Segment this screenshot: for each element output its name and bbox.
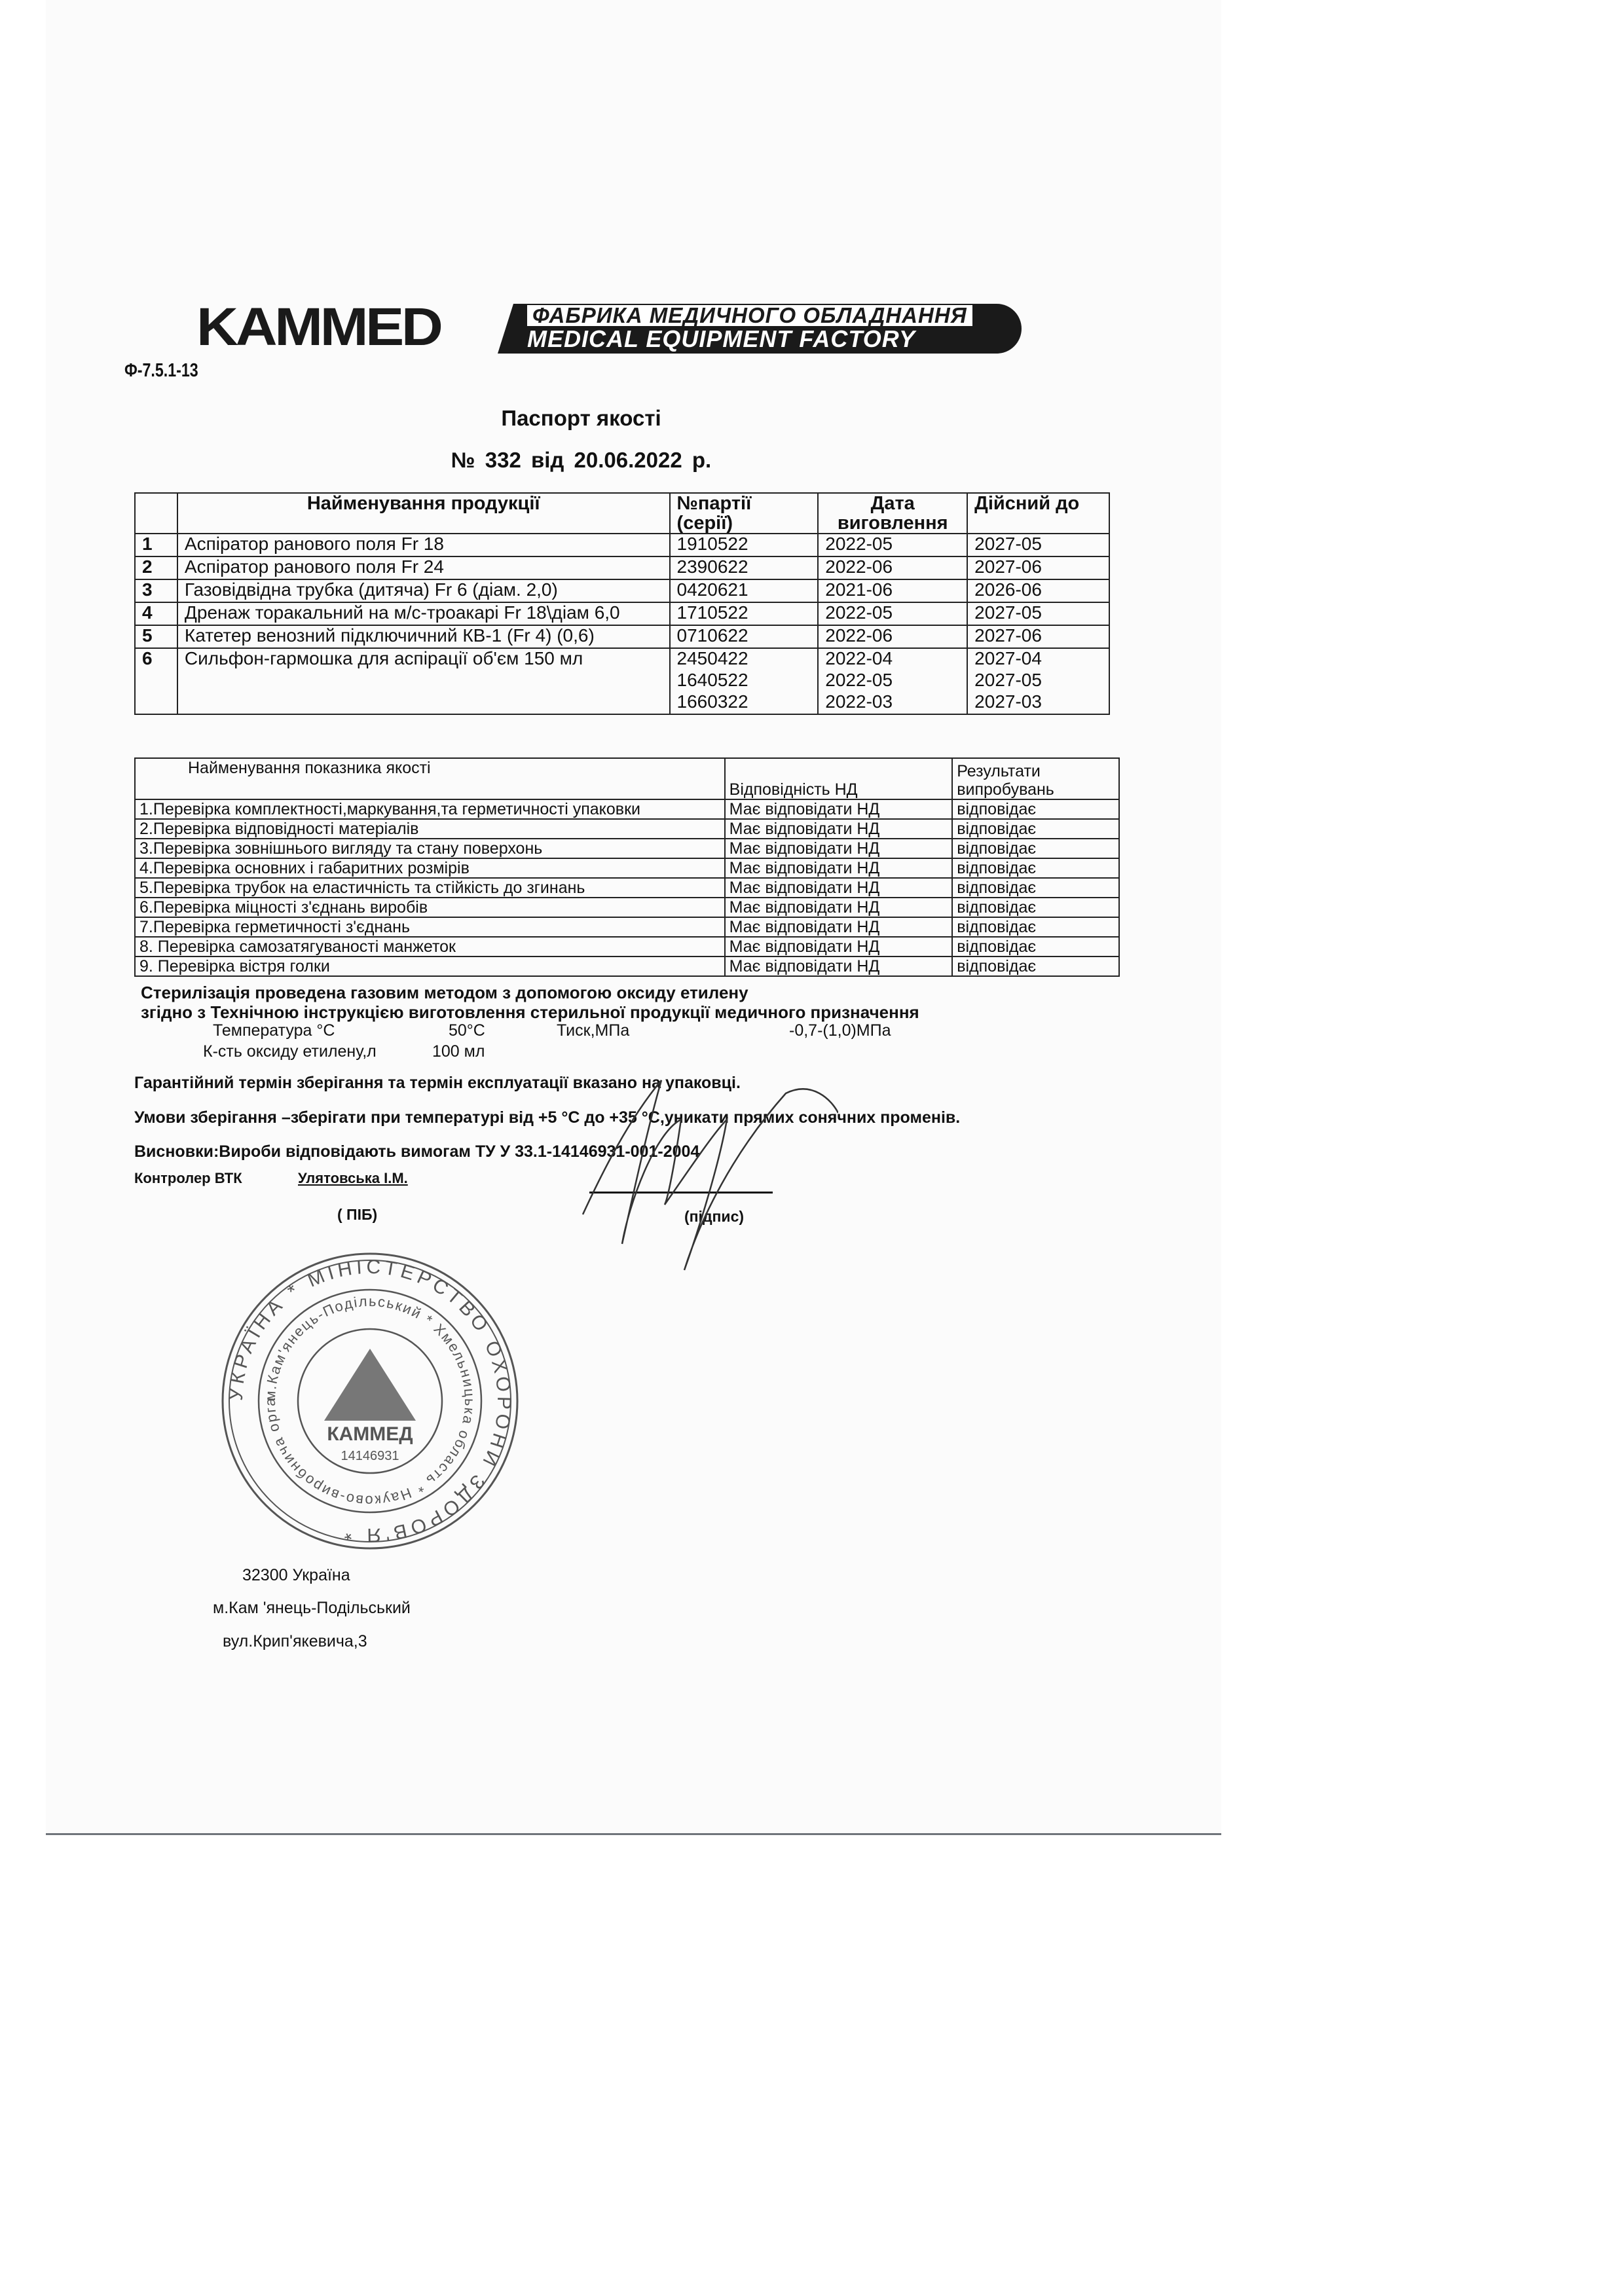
product-name: Сильфон-гармошка для аспірації об'єм 150… [177, 648, 670, 714]
product-row: 4Дренаж торакальний на м/с-троакарі Fr 1… [135, 602, 1109, 625]
indicator-name: 9. Перевірка вістря голки [135, 957, 725, 976]
valid-until: 2027-05 [967, 602, 1109, 625]
logo-wordmark: KAMMED [196, 302, 441, 352]
company-stamp: УКРАЇНА * МІНІСТЕРСТВО ОХОРОНИ ЗДОРОВ'Я … [219, 1250, 521, 1552]
indicator-name: 3.Перевірка зовнішнього вигляду та стану… [135, 839, 725, 858]
form-code: Ф-7.5.1-13 [124, 360, 198, 382]
indicator-name: 5.Перевірка трубок на еластичність та ст… [135, 878, 725, 898]
test-result: відповідає [952, 937, 1119, 957]
product-row: 3Газовідвідна трубка (дитяча) Fr 6 (діам… [135, 579, 1109, 602]
col-header-results: Результати випробувань [952, 758, 1119, 799]
batch-number-value: 1640522 [677, 670, 811, 692]
valid-until-value: 2027-05 [974, 603, 1102, 625]
manufacture-date-value: 2022-03 [825, 692, 960, 714]
ethylene-oxide-label: К-сть оксиду етилену,л [203, 1042, 377, 1061]
test-result: відповідає [952, 898, 1119, 917]
svg-text:14146931: 14146931 [341, 1449, 399, 1463]
manufacture-date: 2022-05 [818, 602, 967, 625]
valid-until-value: 2027-06 [974, 626, 1102, 647]
manufacture-date-value: 2022-06 [825, 626, 960, 647]
valid-until-value: 2027-05 [974, 670, 1102, 692]
nd-requirement: Має відповідати НД [725, 898, 953, 917]
batch-number-value: 1910522 [677, 534, 811, 556]
manufacture-date: 2022-06 [818, 625, 967, 648]
manufacture-date-value: 2021-06 [825, 580, 960, 602]
batch-number-value: 2390622 [677, 557, 811, 579]
batch-number-value: 1660322 [677, 692, 811, 714]
sterilization-line-2: згідно з Технічною інструкцією виготовле… [141, 1002, 919, 1023]
quality-row: 3.Перевірка зовнішнього вигляду та стану… [135, 839, 1119, 858]
name-caption: ( ПІБ) [337, 1206, 377, 1224]
temperature-label: Температура °С [213, 1021, 335, 1040]
manufacture-date: 2021-06 [818, 579, 967, 602]
manufacture-date: 2022-042022-052022-03 [818, 648, 967, 714]
manufacture-date: 2022-05 [818, 534, 967, 556]
row-number: 5 [135, 625, 177, 648]
valid-until-value: 2027-04 [974, 649, 1102, 670]
pressure-value: -0,7-(1,0)МПа [789, 1021, 891, 1040]
address-line-2: м.Кам 'янець-Подільський [213, 1599, 411, 1618]
product-name: Катетер венозний підключичний КВ-1 (Fr 4… [177, 625, 670, 648]
product-row: 1Аспіратор ранового поля Fr 181910522202… [135, 534, 1109, 556]
quality-row: 6.Перевірка міцності з'єднань виробівМає… [135, 898, 1119, 917]
handwritten-signature [563, 1074, 838, 1283]
manufacture-date-value: 2022-05 [825, 603, 960, 625]
valid-until: 2027-06 [967, 625, 1109, 648]
document-title: Паспорт якості [0, 406, 1162, 431]
product-name: Газовідвідна трубка (дитяча) Fr 6 (діам.… [177, 579, 670, 602]
product-name: Дренаж торакальний на м/с-троакарі Fr 18… [177, 602, 670, 625]
nd-requirement: Має відповідати НД [725, 937, 953, 957]
nd-requirement: Має відповідати НД [725, 917, 953, 937]
nd-requirement: Має відповідати НД [725, 878, 953, 898]
row-number: 2 [135, 556, 177, 579]
manufacture-date-value: 2022-05 [825, 534, 960, 556]
indicator-name: 2.Перевірка відповідності матеріалів [135, 819, 725, 839]
nd-requirement: Має відповідати НД [725, 799, 953, 819]
logo-tagline-en: MEDICAL EQUIPMENT FACTORY [527, 327, 915, 351]
test-result: відповідає [952, 819, 1119, 839]
row-number: 6 [135, 648, 177, 714]
nd-requirement: Має відповідати НД [725, 839, 953, 858]
batch-number-value: 0420621 [677, 580, 811, 602]
test-result: відповідає [952, 858, 1119, 878]
indicator-name: 4.Перевірка основних і габаритних розмір… [135, 858, 725, 878]
ethylene-oxide-value: 100 мл [432, 1042, 485, 1061]
sterilization-line-1: Стерилізація проведена газовим методом з… [141, 982, 748, 1003]
nd-requirement: Має відповідати НД [725, 858, 953, 878]
batch-number: 2390622 [670, 556, 819, 579]
manufacture-date-value: 2022-05 [825, 670, 960, 692]
quality-row: 4.Перевірка основних і габаритних розмір… [135, 858, 1119, 878]
test-result: відповідає [952, 839, 1119, 858]
batch-number: 245042216405221660322 [670, 648, 819, 714]
temperature-value: 50°С [449, 1021, 485, 1040]
product-name: Аспіратор ранового поля Fr 24 [177, 556, 670, 579]
logo-tagline-ua: ФАБРИКА МЕДИЧНОГО ОБЛАДНАННЯ [527, 305, 972, 326]
indicator-name: 6.Перевірка міцності з'єднань виробів [135, 898, 725, 917]
manufacture-date-value: 2022-04 [825, 649, 960, 670]
col-header-product-name: Найменування продукції [177, 493, 670, 534]
valid-until-value: 2026-06 [974, 580, 1102, 602]
col-header-batch: №партії (серії) [670, 493, 819, 534]
batch-number: 0710622 [670, 625, 819, 648]
row-number: 1 [135, 534, 177, 556]
col-header-manufacture-date: Дата виговлення [818, 493, 967, 534]
test-result: відповідає [952, 799, 1119, 819]
quality-row: 1.Перевірка комплектності,маркування,та … [135, 799, 1119, 819]
product-name: Аспіратор ранового поля Fr 18 [177, 534, 670, 556]
product-row: 5Катетер венозний підключичний КВ-1 (Fr … [135, 625, 1109, 648]
row-number: 4 [135, 602, 177, 625]
batch-number-value: 0710622 [677, 626, 811, 647]
product-row: 6Сильфон-гармошка для аспірації об'єм 15… [135, 648, 1109, 714]
nd-requirement: Має відповідати НД [725, 819, 953, 839]
row-number: 3 [135, 579, 177, 602]
manufacture-date: 2022-06 [818, 556, 967, 579]
valid-until-value: 2027-03 [974, 692, 1102, 714]
valid-until: 2027-05 [967, 534, 1109, 556]
address-line-1: 32300 Україна [242, 1566, 350, 1585]
quality-row: 9. Перевірка вістря голкиМає відповідати… [135, 957, 1119, 976]
quality-row: 5.Перевірка трубок на еластичність та ст… [135, 878, 1119, 898]
batch-number: 1910522 [670, 534, 819, 556]
pressure-label: Тиск,МПа [557, 1021, 629, 1040]
indicator-name: 1.Перевірка комплектності,маркування,та … [135, 799, 725, 819]
inspector-role: Контролер ВТК [134, 1170, 242, 1187]
manufacture-date-value: 2022-06 [825, 557, 960, 579]
valid-until: 2027-042027-052027-03 [967, 648, 1109, 714]
products-table: Найменування продукції №партії (серії) Д… [134, 492, 1110, 715]
valid-until: 2026-06 [967, 579, 1109, 602]
nd-requirement: Має відповідати НД [725, 957, 953, 976]
batch-number-value: 1710522 [677, 603, 811, 625]
indicator-name: 7.Перевірка герметичності з'єднань [135, 917, 725, 937]
test-result: відповідає [952, 917, 1119, 937]
valid-until: 2027-06 [967, 556, 1109, 579]
quality-row: 8. Перевірка самозатягуваності манжетокМ… [135, 937, 1119, 957]
product-row: 2Аспіратор ранового поля Fr 242390622202… [135, 556, 1109, 579]
indicator-name: 8. Перевірка самозатягуваності манжеток [135, 937, 725, 957]
col-header-number [135, 493, 177, 534]
valid-until-value: 2027-05 [974, 534, 1102, 556]
test-result: відповідає [952, 957, 1119, 976]
test-result: відповідає [952, 878, 1119, 898]
batch-number: 0420621 [670, 579, 819, 602]
quality-row: 7.Перевірка герметичності з'єднаньМає ві… [135, 917, 1119, 937]
col-header-valid-until: Дійсний до [967, 493, 1109, 534]
quality-row: 2.Перевірка відповідності матеріалівМає … [135, 819, 1119, 839]
document-number-date: № 332 від 20.06.2022 р. [0, 448, 1162, 473]
col-header-nd: Відповідність НД [725, 758, 953, 799]
svg-text:КАММЕД: КАММЕД [327, 1423, 413, 1445]
col-header-indicator: Найменування показника якості [135, 758, 725, 799]
quality-table: Найменування показника якості Відповідні… [134, 757, 1120, 977]
batch-number-value: 2450422 [677, 649, 811, 670]
address-line-3: вул.Крип'якевича,3 [223, 1632, 367, 1651]
company-logo: KAMMED ФАБРИКА МЕДИЧНОГО ОБЛАДНАННЯ MEDI… [196, 300, 1028, 355]
valid-until-value: 2027-06 [974, 557, 1102, 579]
batch-number: 1710522 [670, 602, 819, 625]
inspector-name: Улятовська І.М. [298, 1170, 408, 1187]
